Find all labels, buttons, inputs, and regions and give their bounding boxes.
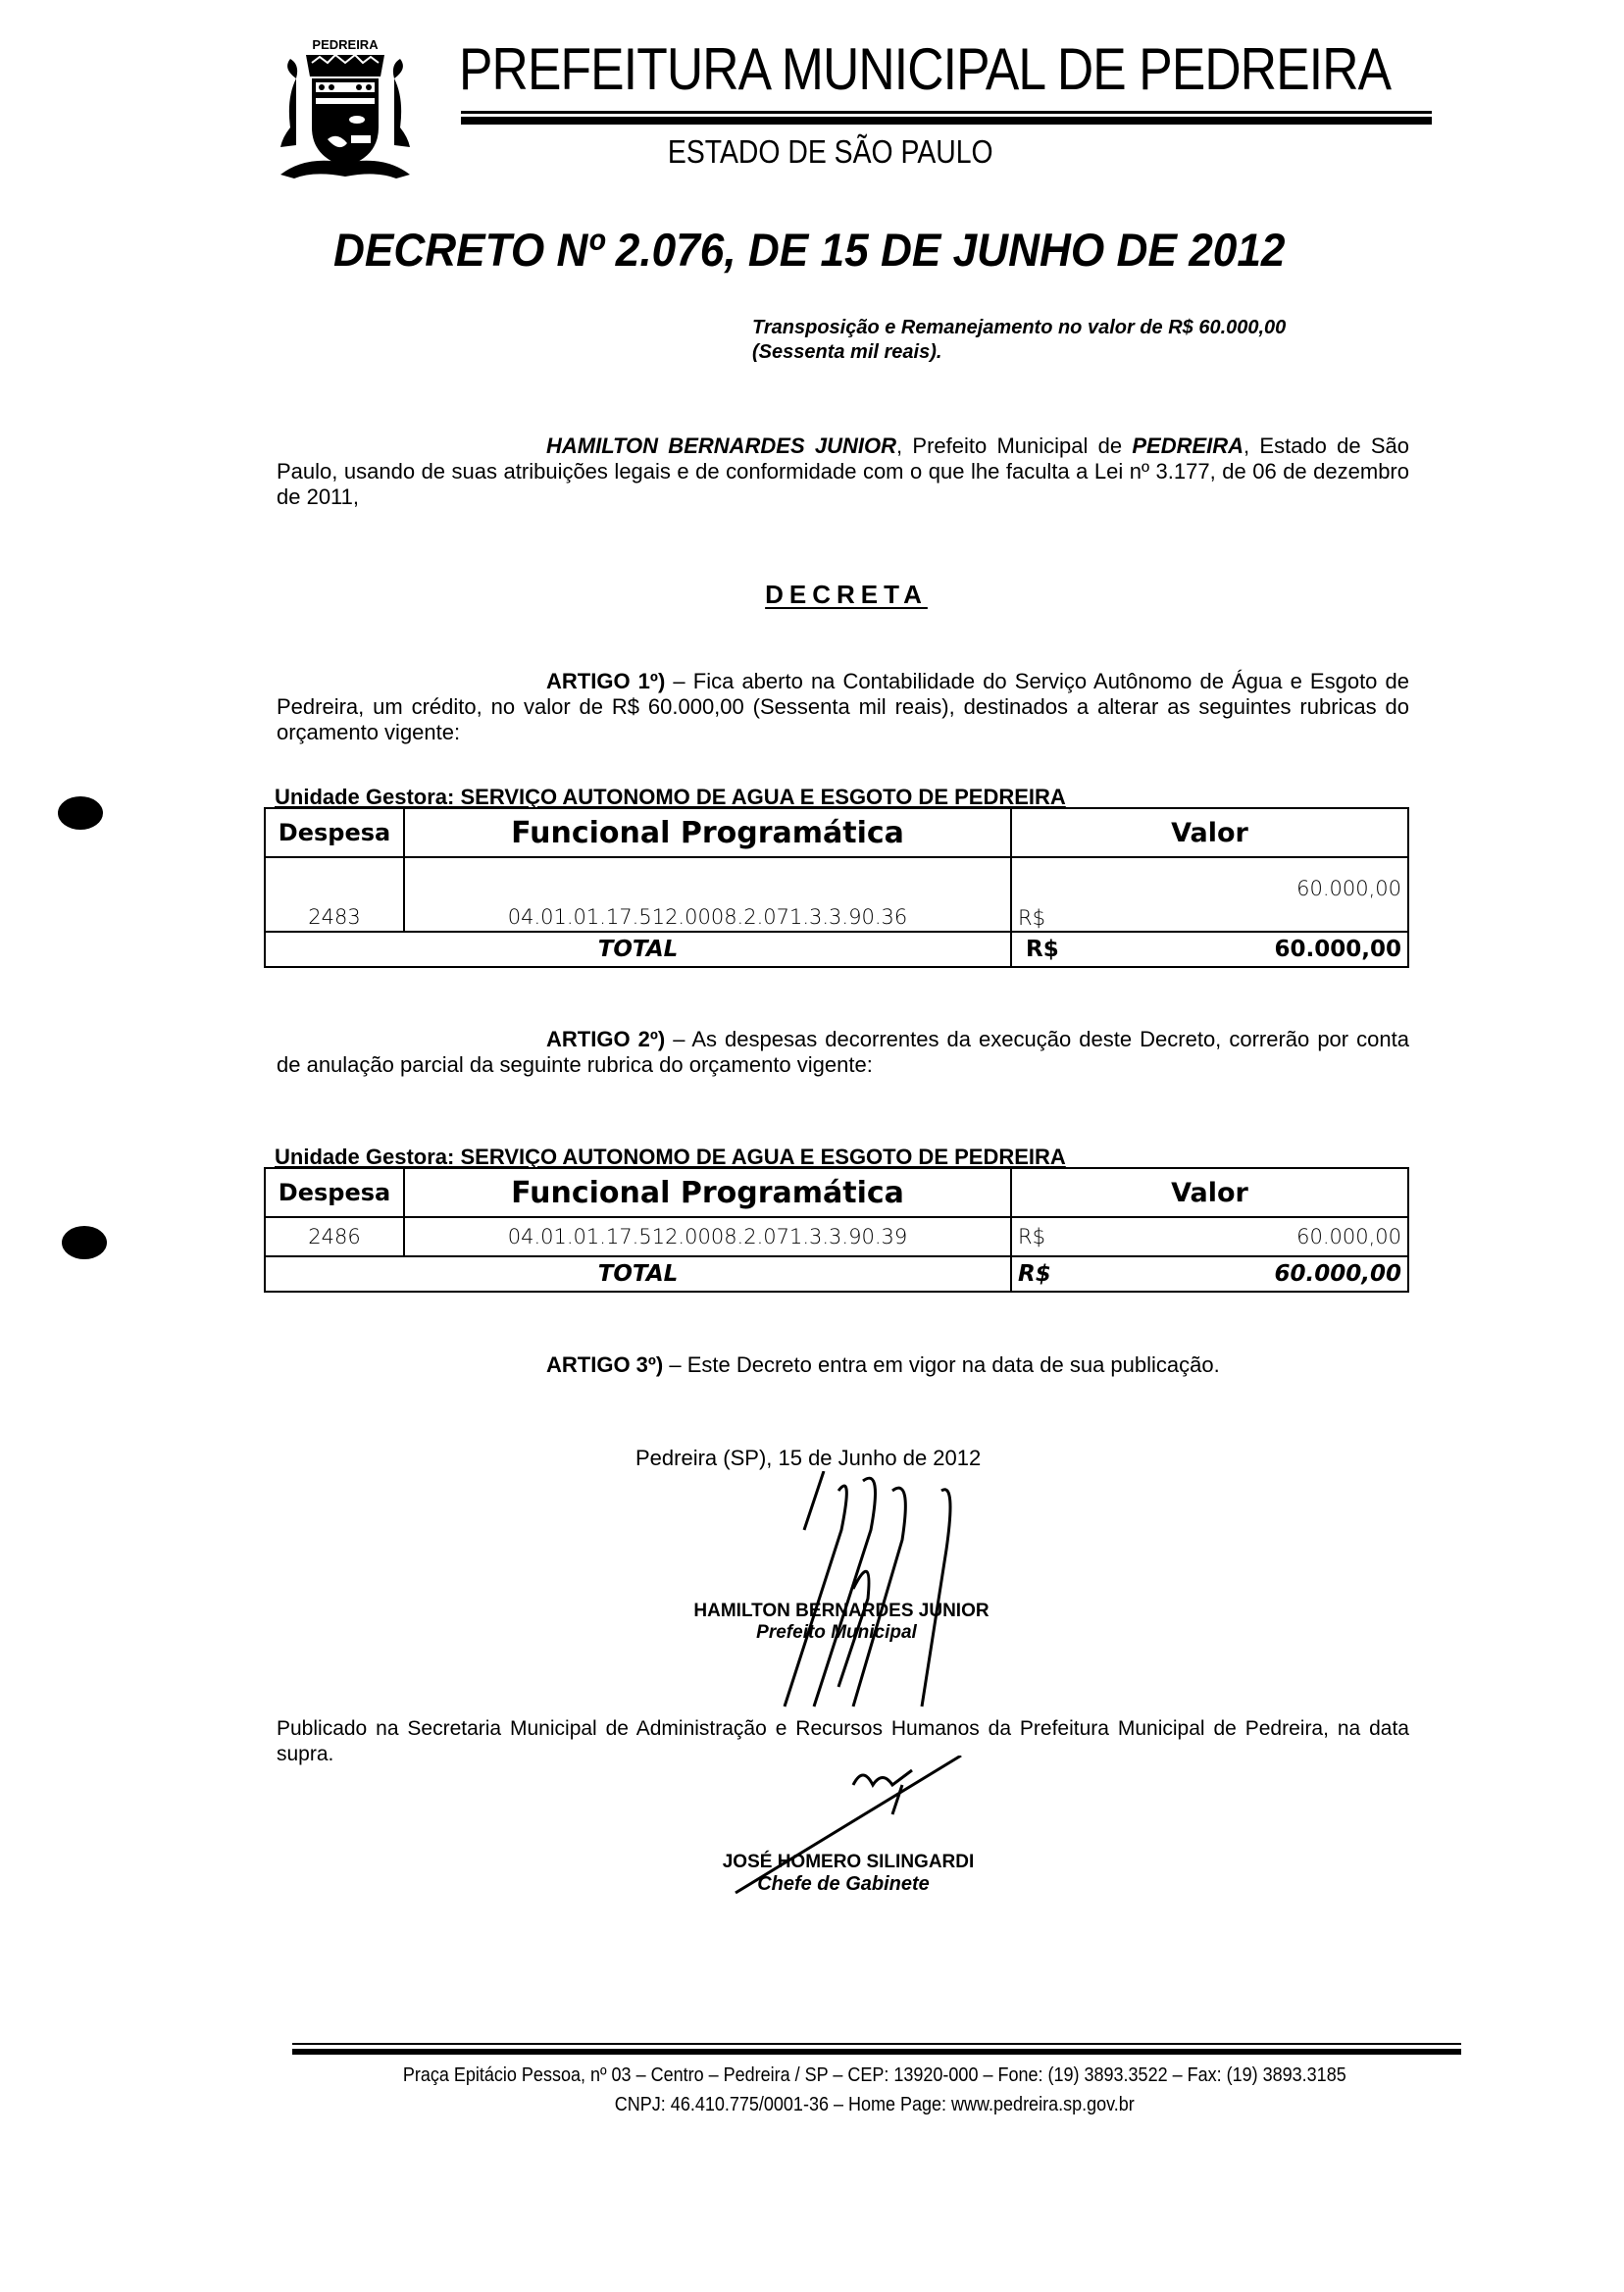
state-subtitle: ESTADO DE SÃO PAULO [132, 133, 1529, 171]
mayor-signature-icon [745, 1471, 1000, 1716]
place-date: Pedreira (SP), 15 de Junho de 2012 [635, 1446, 981, 1471]
cell-valor: R$ 60.000,00 [1011, 1217, 1408, 1256]
footer-address: Praça Epitácio Pessoa, nº 03 – Centro – … [87, 2061, 1548, 2090]
currency-symbol: R$ [1018, 906, 1045, 930]
table-header-row: Despesa Funcional Programática Valor [265, 808, 1408, 857]
preamble-paragraph: HAMILTON BERNARDES JUNIOR, Prefeito Muni… [277, 433, 1409, 510]
article-3-text: – Este Decreto entra em vigor na data de… [663, 1352, 1219, 1377]
footer-cnpj: CNPJ: 46.410.775/0001-36 – Home Page: ww… [87, 2090, 1548, 2119]
decree-summary: Transposição e Remanejamento no valor de… [752, 316, 1419, 365]
footer-divider [292, 2043, 1461, 2045]
col-header-despesa: Despesa [265, 808, 404, 857]
article-2-text: – As despesas decorrentes da execução de… [277, 1027, 1409, 1077]
signatory-role: Prefeito Municipal [645, 1622, 1028, 1644]
article-3-label: ARTIGO 3º) [546, 1352, 663, 1377]
amount: 60.000,00 [1296, 877, 1401, 900]
table-total-row: TOTAL R$ 60.000,00 [265, 1256, 1408, 1292]
cell-despesa: 2483 [265, 857, 404, 932]
table-row: 2486 04.01.01.17.512.0008.2.071.3.3.90.3… [265, 1217, 1408, 1256]
col-header-funcional: Funcional Programática [404, 1168, 1011, 1217]
cell-funcional: 04.01.01.17.512.0008.2.071.3.3.90.36 [404, 857, 1011, 932]
budget-table-annulment: Despesa Funcional Programática Valor 248… [264, 1167, 1409, 1293]
currency-symbol: R$ [1026, 937, 1059, 962]
preamble-text: , Prefeito Municipal de [896, 433, 1132, 458]
currency-symbol: R$ [1018, 1261, 1051, 1287]
table-total-row: TOTAL R$ 60.000,00 [265, 932, 1408, 967]
decree-title: DECRETO Nº 2.076, DE 15 DE JUNHO DE 2012 [333, 223, 1285, 277]
organization-title: PREFEITURA MUNICIPAL DE PEDREIRA [459, 35, 1391, 103]
article-3-paragraph: ARTIGO 3º) – Este Decreto entra em vigor… [546, 1352, 1220, 1378]
cell-funcional: 04.01.01.17.512.0008.2.071.3.3.90.39 [404, 1217, 1011, 1256]
signatory-role: Chefe de Gabinete [667, 1873, 1020, 1896]
total-amount: 60.000,00 [1275, 937, 1402, 962]
article-1-text: – Fica aberto na Contabilidade do Serviç… [277, 669, 1409, 744]
svg-text:PEDREIRA: PEDREIRA [312, 37, 379, 52]
chief-signature-block: JOSÉ HOMERO SILINGARDI Chefe de Gabinete [677, 1852, 1020, 1896]
amount: 60.000,00 [1296, 1225, 1401, 1248]
col-header-valor: Valor [1011, 1168, 1408, 1217]
col-header-valor: Valor [1011, 808, 1408, 857]
decreta-heading: DECRETA [0, 580, 1624, 610]
decree-summary-line: (Sessenta mil reais). [752, 340, 1419, 365]
mayor-signature-block: HAMILTON BERNARDES JUNIOR Prefeito Munic… [655, 1601, 1028, 1644]
table-header-row: Despesa Funcional Programática Valor [265, 1168, 1408, 1217]
article-1-label: ARTIGO 1º) [546, 669, 665, 693]
budget-table-credit: Despesa Funcional Programática Valor 248… [264, 807, 1409, 968]
footer-divider-thick [292, 2049, 1461, 2055]
article-2-paragraph: ARTIGO 2º) – As despesas decorrentes da … [277, 1027, 1409, 1078]
signatory-name: JOSÉ HOMERO SILINGARDI [677, 1852, 1020, 1873]
table-row: 2483 04.01.01.17.512.0008.2.071.3.3.90.3… [265, 857, 1408, 932]
col-header-funcional: Funcional Programática [404, 808, 1011, 857]
cell-despesa: 2486 [265, 1217, 404, 1256]
total-amount: 60.000,00 [1275, 1261, 1402, 1287]
header-divider-thick [461, 117, 1432, 125]
header-divider [461, 111, 1432, 114]
hole-punch-mark [58, 796, 103, 830]
total-label: TOTAL [265, 1256, 1011, 1292]
mayor-name: HAMILTON BERNARDES JUNIOR [546, 433, 896, 458]
article-2-label: ARTIGO 2º) [546, 1027, 665, 1051]
col-header-despesa: Despesa [265, 1168, 404, 1217]
cell-valor: R$ 60.000,00 [1011, 857, 1408, 932]
total-valor: R$ 60.000,00 [1011, 1256, 1408, 1292]
currency-symbol: R$ [1018, 1225, 1045, 1248]
decree-summary-line: Transposição e Remanejamento no valor de… [752, 316, 1419, 340]
article-1-paragraph: ARTIGO 1º) – Fica aberto na Contabilidad… [277, 669, 1409, 745]
publication-note: Publicado na Secretaria Municipal de Adm… [277, 1716, 1409, 1767]
total-valor: R$ 60.000,00 [1011, 932, 1408, 967]
total-label: TOTAL [265, 932, 1011, 967]
signatory-name: HAMILTON BERNARDES JUNIOR [655, 1601, 1028, 1622]
hole-punch-mark [62, 1226, 107, 1259]
city-name: PEDREIRA [1132, 433, 1243, 458]
